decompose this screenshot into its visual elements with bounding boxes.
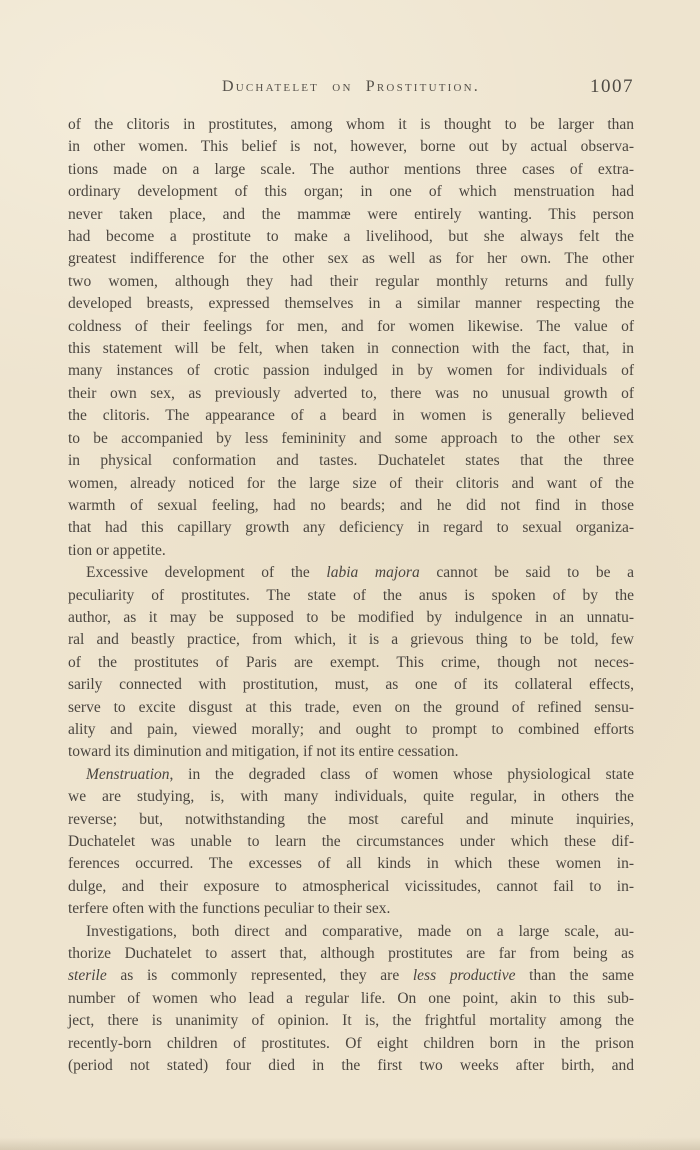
text-line: this statement will be felt, when taken … bbox=[68, 338, 634, 360]
body-text: of the clitoris in prostitutes, among wh… bbox=[68, 114, 634, 1077]
text-segment: coldness of their feelings for men, and … bbox=[68, 318, 634, 335]
text-segment: author, as it may be supposed to be modi… bbox=[68, 609, 634, 626]
text-segment: number of women who lead a regular life.… bbox=[68, 990, 634, 1007]
text-segment: ject, there is unanimity of opinion. It … bbox=[68, 1012, 634, 1029]
text-line: dulge, and their exposure to atmospheric… bbox=[68, 876, 634, 898]
text-segment: sarily connected with prostitution, must… bbox=[68, 676, 634, 693]
text-segment: Investigations, both direct and comparat… bbox=[86, 923, 634, 940]
text-segment: dulge, and their exposure to atmospheric… bbox=[68, 878, 634, 895]
text-segment: toward its diminution and mitigation, if… bbox=[68, 743, 458, 760]
italic-text: sterile bbox=[68, 967, 107, 984]
text-segment: (period not stated) four died in the fir… bbox=[68, 1057, 634, 1074]
text-line: of the clitoris in prostitutes, among wh… bbox=[68, 114, 634, 136]
paragraph: Excessive development of the labia major… bbox=[68, 562, 634, 764]
text-line: thorize Duchatelet to assert that, altho… bbox=[68, 943, 634, 965]
text-line: Menstruation, in the degraded class of w… bbox=[68, 764, 634, 786]
running-title: Duchatelet on Prostitution. bbox=[68, 74, 634, 100]
text-line: greatest indifference for the other sex … bbox=[68, 248, 634, 270]
paragraph: Menstruation, in the degraded class of w… bbox=[68, 764, 634, 921]
italic-text: labia majora bbox=[326, 564, 419, 581]
text-segment: Duchatelet was unable to learn the circu… bbox=[68, 833, 634, 850]
text-line: we are studying, is, with many individua… bbox=[68, 786, 634, 808]
italic-text: less productive bbox=[413, 967, 516, 984]
text-segment: Excessive development of the bbox=[86, 564, 326, 581]
text-line: in physical conformation and tastes. Duc… bbox=[68, 450, 634, 472]
text-segment: as is commonly represented, they are bbox=[107, 967, 413, 984]
text-segment: serve to excite disgust at this trade, e… bbox=[68, 699, 634, 716]
text-segment: than the same bbox=[516, 967, 634, 984]
text-line: terfere often with the functions peculia… bbox=[68, 898, 634, 920]
text-segment: warmth of sexual feeling, had no beards;… bbox=[68, 497, 634, 514]
text-line: ferences occurred. The excesses of all k… bbox=[68, 853, 634, 875]
text-line: sarily connected with prostitution, must… bbox=[68, 674, 634, 696]
text-line: peculiarity of prostitutes. The state of… bbox=[68, 585, 634, 607]
text-line: recently-born children of prostitutes. O… bbox=[68, 1033, 634, 1055]
text-segment: had become a prostitute to make a liveli… bbox=[68, 228, 634, 245]
text-line: ality and pain, viewed morally; and ough… bbox=[68, 719, 634, 741]
text-line: ral and beastly practice, from which, it… bbox=[68, 629, 634, 651]
text-line: had become a prostitute to make a liveli… bbox=[68, 226, 634, 248]
text-segment: this statement will be felt, when taken … bbox=[68, 340, 634, 357]
text-line: many instances of crotic passion indulge… bbox=[68, 360, 634, 382]
text-line: reverse; but, notwithstanding the most c… bbox=[68, 809, 634, 831]
page-header: Duchatelet on Prostitution. 1007 bbox=[68, 74, 634, 100]
text-segment: reverse; but, notwithstanding the most c… bbox=[68, 811, 634, 828]
text-segment: peculiarity of prostitutes. The state of… bbox=[68, 587, 634, 604]
text-segment: ral and beastly practice, from which, it… bbox=[68, 631, 634, 648]
text-line: toward its diminution and mitigation, if… bbox=[68, 741, 634, 763]
text-line: serve to excite disgust at this trade, e… bbox=[68, 697, 634, 719]
text-segment: tions made on a large scale. The author … bbox=[68, 161, 634, 178]
text-line: number of women who lead a regular life.… bbox=[68, 988, 634, 1010]
italic-text: Menstruation bbox=[86, 766, 170, 783]
text-line: warmth of sexual feeling, had no beards;… bbox=[68, 495, 634, 517]
text-segment: in other women. This belief is not, howe… bbox=[68, 138, 634, 155]
text-segment: many instances of crotic passion indulge… bbox=[68, 362, 634, 379]
text-segment: developed breasts, expressed themselves … bbox=[68, 295, 634, 312]
text-line: sterile as is commonly represented, they… bbox=[68, 965, 634, 987]
text-segment: of the clitoris in prostitutes, among wh… bbox=[68, 116, 634, 133]
text-line: Excessive development of the labia major… bbox=[68, 562, 634, 584]
text-segment: that had this capillary growth any defic… bbox=[68, 519, 634, 536]
page-number: 1007 bbox=[590, 74, 634, 100]
text-segment: , in the degraded class of women whose p… bbox=[170, 766, 634, 783]
text-line: in other women. This belief is not, howe… bbox=[68, 136, 634, 158]
text-segment: recently-born children of prostitutes. O… bbox=[68, 1035, 634, 1052]
text-segment: their own sex, as previously adverted to… bbox=[68, 385, 634, 402]
text-line: tions made on a large scale. The author … bbox=[68, 159, 634, 181]
text-segment: in physical conformation and tastes. Duc… bbox=[68, 452, 634, 469]
text-segment: terfere often with the functions peculia… bbox=[68, 900, 390, 917]
text-segment: we are studying, is, with many individua… bbox=[68, 788, 634, 805]
text-segment: two women, although they had their regul… bbox=[68, 273, 634, 290]
text-segment: thorize Duchatelet to assert that, altho… bbox=[68, 945, 634, 962]
text-segment: greatest indifference for the other sex … bbox=[68, 250, 634, 267]
text-segment: ality and pain, viewed morally; and ough… bbox=[68, 721, 634, 738]
text-line: ordinary development of this organ; in o… bbox=[68, 181, 634, 203]
scanned-book-page: Duchatelet on Prostitution. 1007 of the … bbox=[0, 0, 700, 1150]
text-line: Investigations, both direct and comparat… bbox=[68, 921, 634, 943]
text-line: their own sex, as previously adverted to… bbox=[68, 383, 634, 405]
text-segment: tion or appetite. bbox=[68, 542, 166, 559]
text-line: of the prostitutes of Paris are exempt. … bbox=[68, 652, 634, 674]
text-line: two women, although they had their regul… bbox=[68, 271, 634, 293]
paragraph: Investigations, both direct and comparat… bbox=[68, 921, 634, 1078]
text-line: Duchatelet was unable to learn the circu… bbox=[68, 831, 634, 853]
text-segment: never taken place, and the mammæ were en… bbox=[68, 206, 634, 223]
text-line: the clitoris. The appearance of a beard … bbox=[68, 405, 634, 427]
text-line: author, as it may be supposed to be modi… bbox=[68, 607, 634, 629]
paragraph: of the clitoris in prostitutes, among wh… bbox=[68, 114, 634, 562]
text-segment: the clitoris. The appearance of a beard … bbox=[68, 407, 634, 424]
text-line: coldness of their feelings for men, and … bbox=[68, 316, 634, 338]
text-line: women, already noticed for the large siz… bbox=[68, 473, 634, 495]
text-line: developed breasts, expressed themselves … bbox=[68, 293, 634, 315]
text-segment: of the prostitutes of Paris are exempt. … bbox=[68, 654, 634, 671]
text-line: tion or appetite. bbox=[68, 540, 634, 562]
text-segment: to be accompanied by less femininity and… bbox=[68, 430, 634, 447]
text-segment: ferences occurred. The excesses of all k… bbox=[68, 855, 634, 872]
text-line: that had this capillary growth any defic… bbox=[68, 517, 634, 539]
text-line: never taken place, and the mammæ were en… bbox=[68, 204, 634, 226]
text-line: to be accompanied by less femininity and… bbox=[68, 428, 634, 450]
text-line: (period not stated) four died in the fir… bbox=[68, 1055, 634, 1077]
text-segment: cannot be said to be a bbox=[420, 564, 634, 581]
text-segment: ordinary development of this organ; in o… bbox=[68, 183, 634, 200]
text-segment: women, already noticed for the large siz… bbox=[68, 475, 634, 492]
text-line: ject, there is unanimity of opinion. It … bbox=[68, 1010, 634, 1032]
